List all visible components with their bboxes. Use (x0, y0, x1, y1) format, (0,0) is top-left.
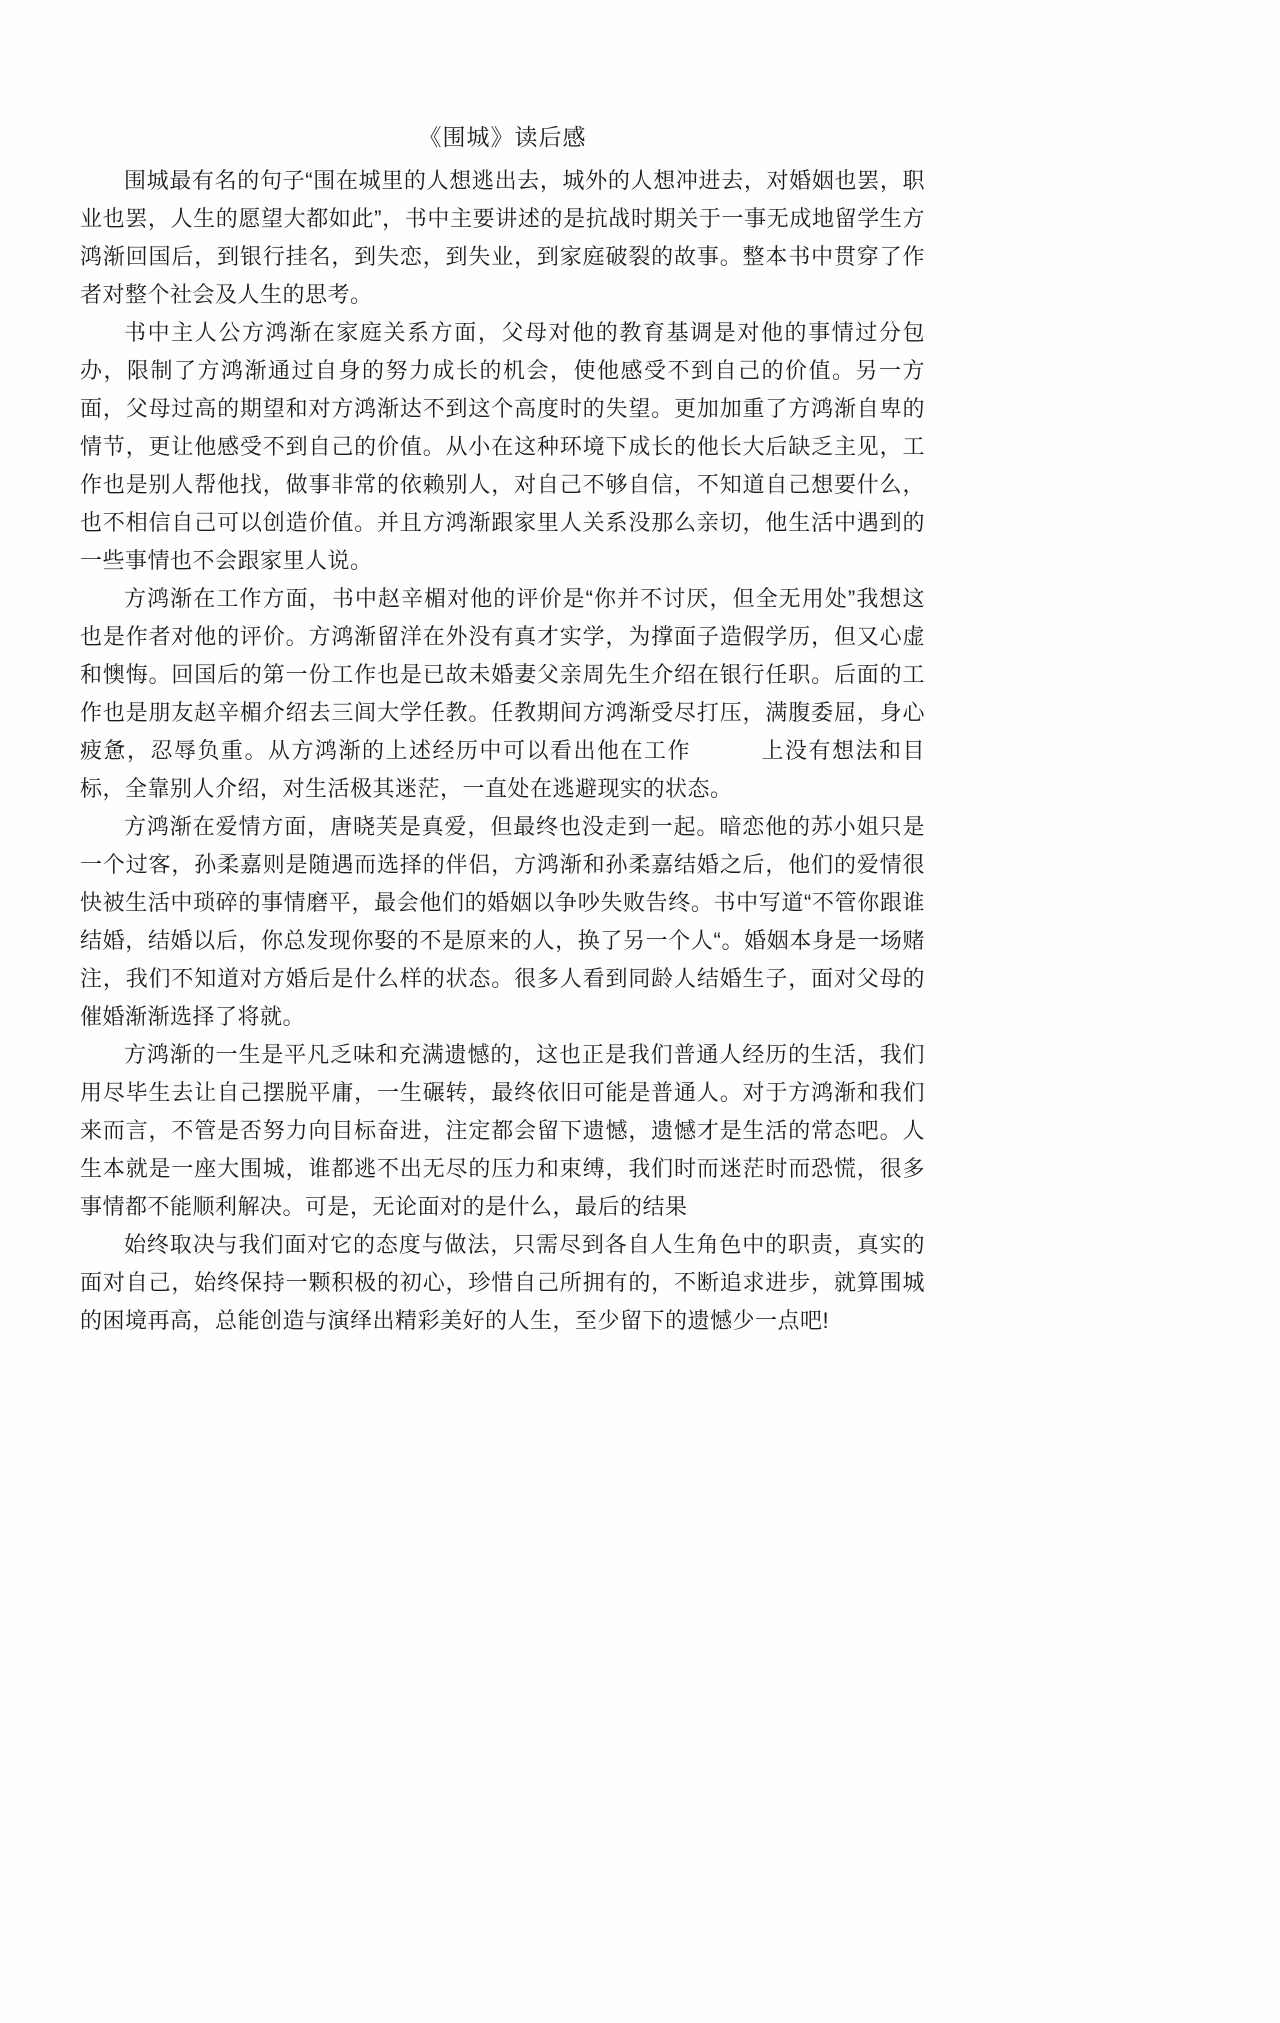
document-canvas: 《围城》读后感 围城最有名的句子“围在城里的人想逃出去，城外的人想冲进去，对婚姻… (0, 0, 1280, 2023)
paragraph: 围城最有名的句子“围在城里的人想逃出去，城外的人想冲进去，对婚姻也罢，职业也罢，… (80, 162, 925, 314)
paragraph: 方鸿渐在工作方面，书中赵辛楣对他的评价是“你并不讨厌，但全无用处”我想这也是作者… (80, 580, 925, 808)
paragraph: 方鸿渐在爱情方面，唐晓芙是真爱，但最终也没走到一起。暗恋他的苏小姐只是一个过客，… (80, 808, 925, 1036)
paragraph: 始终取决与我们面对它的态度与做法，只需尽到各自人生角色中的职责，真实的面对自己，… (80, 1226, 925, 1340)
paragraph: 方鸿渐的一生是平凡乏味和充满遗憾的，这也正是我们普通人经历的生活，我们用尽毕生去… (80, 1036, 925, 1226)
page-title: 《围城》读后感 (80, 118, 925, 156)
document-page: 《围城》读后感 围城最有名的句子“围在城里的人想逃出去，城外的人想冲进去，对婚姻… (80, 118, 925, 1340)
paragraph: 书中主人公方鸿渐在家庭关系方面，父母对他的教育基调是对他的事情过分包办，限制了方… (80, 314, 925, 580)
